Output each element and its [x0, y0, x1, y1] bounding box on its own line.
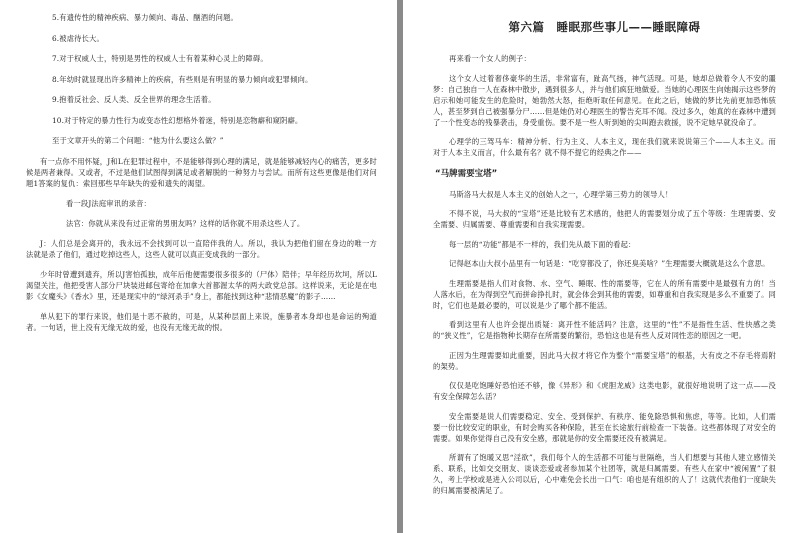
paragraph: 有一点你不用怀疑，J和L在犯罪过程中，不是能够得到心理的满足，就是能够减轻内心的… — [26, 156, 377, 189]
list-item: 9.抱着反社会、反人类、反全世界的理念生活着。 — [52, 94, 377, 105]
paragraph: 记得赵本山大叔小品里有一句话是：“吃穿都没了，你还臭美啥？”生理需要大概就是这么… — [433, 258, 776, 269]
paragraph: 看一段J法庭审讯的录音： — [52, 198, 377, 209]
paragraph: 单从犯下的罪行来说，他们是十恶不赦的，可是，从某种层面上来说，施暴者本身却也是命… — [26, 311, 377, 333]
paragraph: 法官：你就从来没有过正常的男朋友吗？这样的话你就不用杀这些人了。 — [52, 218, 377, 229]
list-item: 10.对于特定的暴力性行为或变态性幻想格外着迷，特别是恋物癖和窥阴癖。 — [52, 115, 377, 126]
paragraph: 仅仅是吃饱睡好恐怕还不够，像《异形》和《虎胆龙威》这类电影，就很好地说明了这一点… — [433, 380, 776, 402]
list-item: 7.对于权威人士，特别是男性的权威人士有着某种心灵上的障碍。 — [52, 53, 377, 64]
chapter-title: 第六篇 睡眠那些事儿——睡眠障碍 — [433, 19, 776, 35]
paragraph: 每一层的“功能”都是不一样的，我们先从最下面的看起： — [433, 239, 776, 250]
list-item: 5.有遗传性的精神疾病、暴力倾向、毒品、酗酒的问题。 — [52, 12, 377, 23]
paragraph: 所谓有了饱暖又思“淫欲”，我们每个人的生活都不可能与世隔绝，当人们想要与其他人建… — [433, 452, 776, 496]
paragraph: 正因为生理需要如此重要，因此马大叔才将它作为整个“需要宝塔”的根基，大有皮之不存… — [433, 350, 776, 372]
list-item: 6.被虐待长大。 — [52, 33, 377, 44]
paragraph: 马斯洛马大叔是人本主义的创始人之一，心理学第三势力的领导人！ — [433, 189, 776, 200]
section-heading: “马牌需要宝塔” — [435, 167, 776, 179]
list-item: 8.年幼时就显现出许多精神上的疾病，有些则是有明显的暴力倾向或犯罪倾向。 — [52, 74, 377, 85]
question-line: 至于文章开头的第二个问题：“他为什么要这么做？” — [52, 135, 377, 146]
paragraph: 心理学的三驾马车：精神分析、行为主义、人本主义，现在我们就来说说第三个——人本主… — [433, 136, 776, 158]
paragraph: 再来看一个女人的例子： — [433, 53, 776, 64]
paragraph: 这个女人过着奢侈豪华的生活，非常富有，趾高气扬，神气活现。可是，她却总做着令人不… — [433, 73, 776, 128]
paragraph: 安全需要是说人们需要稳定、安全、受到保护、有秩序、能免除恐惧和焦虑，等等。比如，… — [433, 411, 776, 444]
left-page: 5.有遗传性的精神疾病、暴力倾向、毒品、酗酒的问题。 6.被虐待长大。 7.对于… — [0, 0, 397, 533]
right-page: 第六篇 睡眠那些事儿——睡眠障碍 再来看一个女人的例子： 这个女人过着奢侈豪华的… — [403, 0, 798, 533]
paragraph: 不得不说，马大叔的“宝塔”还是比较有艺术感的，他把人的需要划分成了五个等级：生理… — [433, 208, 776, 230]
paragraph: J：人们总是会离开的，我永远不会找到可以一直陪伴我的人。所以，我认为把他们留在身… — [26, 238, 377, 260]
paragraph: 生理需要是指人们对食物、水、空气、睡眠、性的需要等，它在人的所有需要中是最强有力… — [433, 278, 776, 311]
paragraph: 少年时曾遭到遗弃，所以J害怕孤独，成年后他便需要很多很多的（尸体）陪伴；早年经历… — [26, 269, 377, 302]
paragraph: 看到这里有人也许会提出质疑：离开性不能活吗？注意，这里的“性”不是指性生活、性快… — [433, 319, 776, 341]
